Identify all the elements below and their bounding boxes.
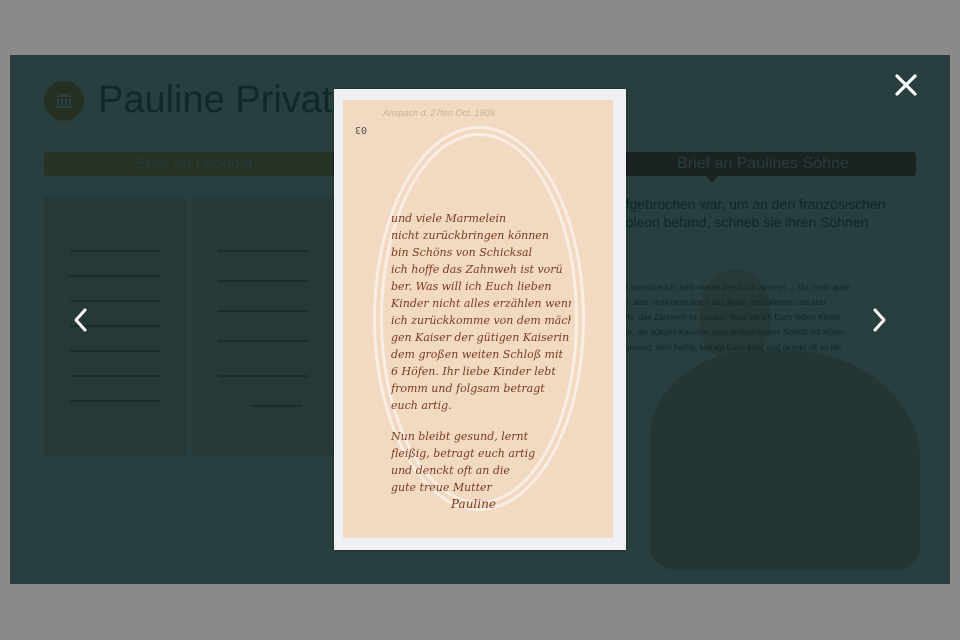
handwritten-letter-text: und viele Marmelein nicht zurückbringen … — [391, 210, 571, 513]
paragraph-gap — [391, 414, 571, 428]
handwriting-line: ich hoffe das Zahnweh ist vorü — [391, 261, 571, 278]
chevron-left-icon — [70, 305, 92, 335]
close-button[interactable] — [892, 71, 920, 99]
handwriting-line: fromm und folgsam betragt — [391, 380, 571, 397]
signature: Pauline — [391, 496, 571, 513]
handwriting-line: dem großen weiten Schloß mit — [391, 346, 571, 363]
handwriting-line: gute treue Mutter — [391, 479, 571, 496]
letter-image: Anspach d. 27ten Oct. 1809 03 und viele … — [343, 100, 613, 538]
faint-header-text: Anspach d. 27ten Oct. 1809 — [383, 108, 495, 118]
handwriting-line: und viele Marmelein — [391, 210, 571, 227]
handwriting-line: und denckt oft an die — [391, 462, 571, 479]
handwriting-line: Nun bleibt gesund, lernt — [391, 428, 571, 445]
close-x-icon — [892, 71, 920, 99]
handwriting-line: nicht zurückbringen können — [391, 227, 571, 244]
next-image-button[interactable] — [868, 305, 890, 335]
previous-image-button[interactable] — [70, 305, 92, 335]
handwriting-line: fleißig, betragt euch artig — [391, 445, 571, 462]
handwriting-line: ber. Was will ich Euch lieben — [391, 278, 571, 295]
handwriting-line: 6 Höfen. Ihr liebe Kinder lebt — [391, 363, 571, 380]
handwriting-line: ich zurückkomme von dem mächti — [391, 312, 571, 329]
handwriting-line: euch artig. — [391, 397, 571, 414]
handwriting-line: bin Schöns von Schicksal — [391, 244, 571, 261]
handwriting-line: Kinder nicht alles erzählen wenn — [391, 295, 571, 312]
page-number: 03 — [355, 124, 367, 135]
chevron-right-icon — [868, 305, 890, 335]
lightbox-image-frame: Anspach d. 27ten Oct. 1809 03 und viele … — [334, 89, 626, 550]
handwriting-line: gen Kaiser der gütigen Kaiserin — [391, 329, 571, 346]
